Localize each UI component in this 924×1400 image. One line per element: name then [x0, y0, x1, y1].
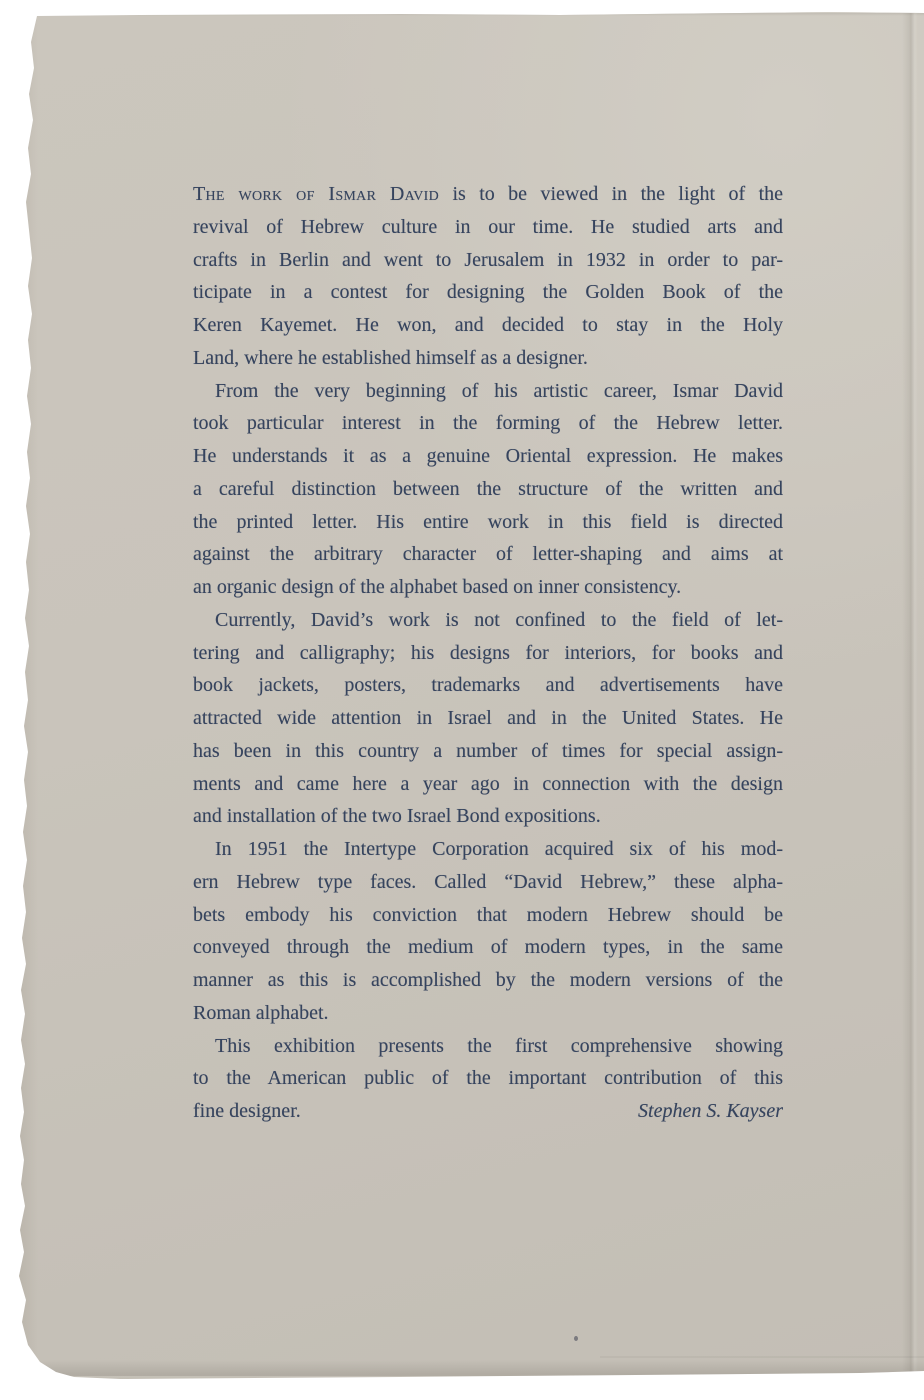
paragraph: From the very beginning of his artistic … — [193, 375, 783, 604]
paper-sheet: The work of Ismar David is to be viewed … — [0, 0, 924, 1400]
signature: Stephen S. Kayser — [638, 1095, 783, 1128]
paragraph: The work of Ismar David is to be viewed … — [193, 178, 783, 375]
text-line: tering and calligraphy; his designs for … — [193, 637, 783, 670]
paper-speck — [574, 1336, 578, 1341]
bottom-edge-shadow — [18, 1360, 924, 1376]
text-line: the printed letter. His entire work in t… — [193, 506, 783, 539]
text-line: In 1951 the Intertype Corporation acquir… — [193, 833, 783, 866]
text-line: an organic design of the alphabet based … — [193, 571, 783, 604]
text-line: The work of Ismar David is to be viewed … — [193, 178, 783, 211]
text-line: ticipate in a contest for designing the … — [193, 276, 783, 309]
text-line: This exhibition presents the first compr… — [193, 1030, 783, 1063]
text-line: ern Hebrew type faces. Called “David Heb… — [193, 866, 783, 899]
text-line: has been in this country a number of tim… — [193, 735, 783, 768]
scanned-page: The work of Ismar David is to be viewed … — [0, 0, 924, 1400]
text-line: From the very beginning of his artistic … — [193, 375, 783, 408]
text-line: bets embody his conviction that modern H… — [193, 899, 783, 932]
text-line: Roman alphabet. — [193, 997, 783, 1030]
paragraph: This exhibition presents the first compr… — [193, 1030, 783, 1128]
closing-text: fine designer. — [193, 1095, 301, 1128]
text-line: against the arbitrary character of lette… — [193, 538, 783, 571]
fold-shadow — [902, 13, 918, 1373]
text-line: revival of Hebrew culture in our time. H… — [193, 211, 783, 244]
text-line: book jackets, posters, trademarks and ad… — [193, 669, 783, 702]
top-edge-line — [30, 13, 924, 16]
paragraph: In 1951 the Intertype Corporation acquir… — [193, 833, 783, 1030]
paragraph: Currently, David’s work is not confined … — [193, 604, 783, 833]
text-line: ments and came here a year ago in connec… — [193, 768, 783, 801]
text-line: attracted wide attention in Israel and i… — [193, 702, 783, 735]
text-line: conveyed through the medium of modern ty… — [193, 931, 783, 964]
text-line: manner as this is accomplished by the mo… — [193, 964, 783, 997]
left-edge-shading — [16, 16, 38, 1374]
lead-in-small-caps: The work of Ismar David — [193, 183, 439, 205]
text-line: Keren Kayemet. He won, and decided to st… — [193, 309, 783, 342]
text-line: Land, where he established himself as a … — [193, 342, 783, 375]
text-line: He understands it as a genuine Oriental … — [193, 440, 783, 473]
text-line: a careful distinction between the struct… — [193, 473, 783, 506]
text-line: and installation of the two Israel Bond … — [193, 800, 783, 833]
text-line: crafts in Berlin and went to Jerusalem i… — [193, 244, 783, 277]
text-line: took particular interest in the forming … — [193, 407, 783, 440]
text-line: Currently, David’s work is not confined … — [193, 604, 783, 637]
underlying-page-line — [600, 1356, 924, 1358]
text-line: fine designer.Stephen S. Kayser — [193, 1095, 783, 1128]
text-block: The work of Ismar David is to be viewed … — [193, 178, 783, 1128]
text-line: to the American public of the important … — [193, 1062, 783, 1095]
